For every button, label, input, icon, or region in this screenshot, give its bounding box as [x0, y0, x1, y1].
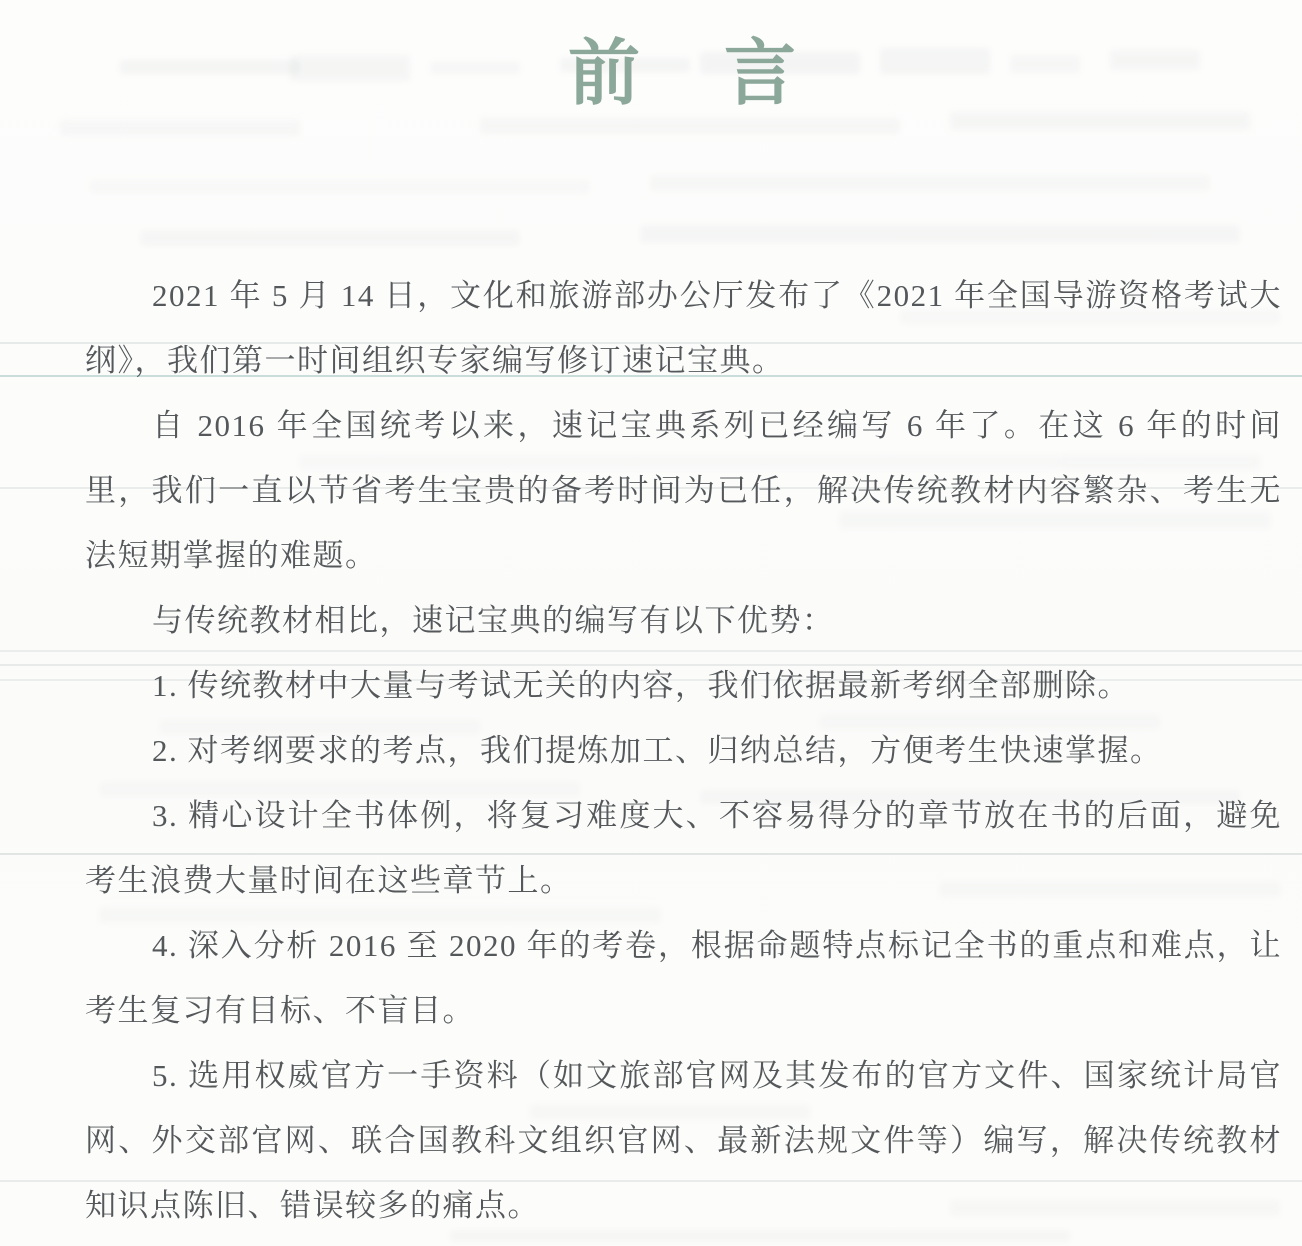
paragraph-advantage-3: 3. 精心设计全书体例，将复习难度大、不容易得分的章节放在书的后面，避免考生浪费… — [85, 783, 1282, 913]
paragraph-advantage-2: 2. 对考纲要求的考点，我们提炼加工、归纳总结，方便考生快速掌握。 — [85, 718, 1282, 783]
paragraph-advantage-1: 1. 传统教材中大量与考试无关的内容，我们依据最新考纲全部删除。 — [85, 653, 1282, 718]
bleedthrough-smudge — [90, 180, 590, 194]
paragraph-intro-2021: 2021 年 5 月 14 日，文化和旅游部办公厅发布了《2021 年全国导游资… — [85, 263, 1282, 393]
bleedthrough-smudge — [950, 112, 1250, 130]
bleedthrough-smudge — [640, 225, 1240, 243]
preface-body: 2021 年 5 月 14 日，文化和旅游部办公厅发布了《2021 年全国导游资… — [85, 263, 1282, 1238]
paragraph-advantages-lead: 与传统教材相比，速记宝典的编写有以下优势： — [85, 588, 1282, 653]
bleedthrough-smudge — [60, 120, 300, 136]
bleedthrough-smudge — [140, 230, 520, 246]
scanned-page: 前 言 2021 年 5 月 14 日，文化和旅游部办公厅发布了《2021 年全… — [0, 0, 1302, 1246]
page-title: 前 言 — [34, 34, 1302, 114]
paragraph-advantage-5: 5. 选用权威官方一手资料（如文旅部官网及其发布的官方文件、国家统计局官网、外交… — [85, 1043, 1282, 1238]
bleedthrough-smudge — [650, 175, 1210, 191]
paragraph-since-2016: 自 2016 年全国统考以来，速记宝典系列已经编写 6 年了。在这 6 年的时间… — [85, 393, 1282, 588]
paragraph-advantage-4: 4. 深入分析 2016 至 2020 年的考卷，根据命题特点标记全书的重点和难… — [85, 913, 1282, 1043]
bleedthrough-smudge — [480, 118, 900, 134]
